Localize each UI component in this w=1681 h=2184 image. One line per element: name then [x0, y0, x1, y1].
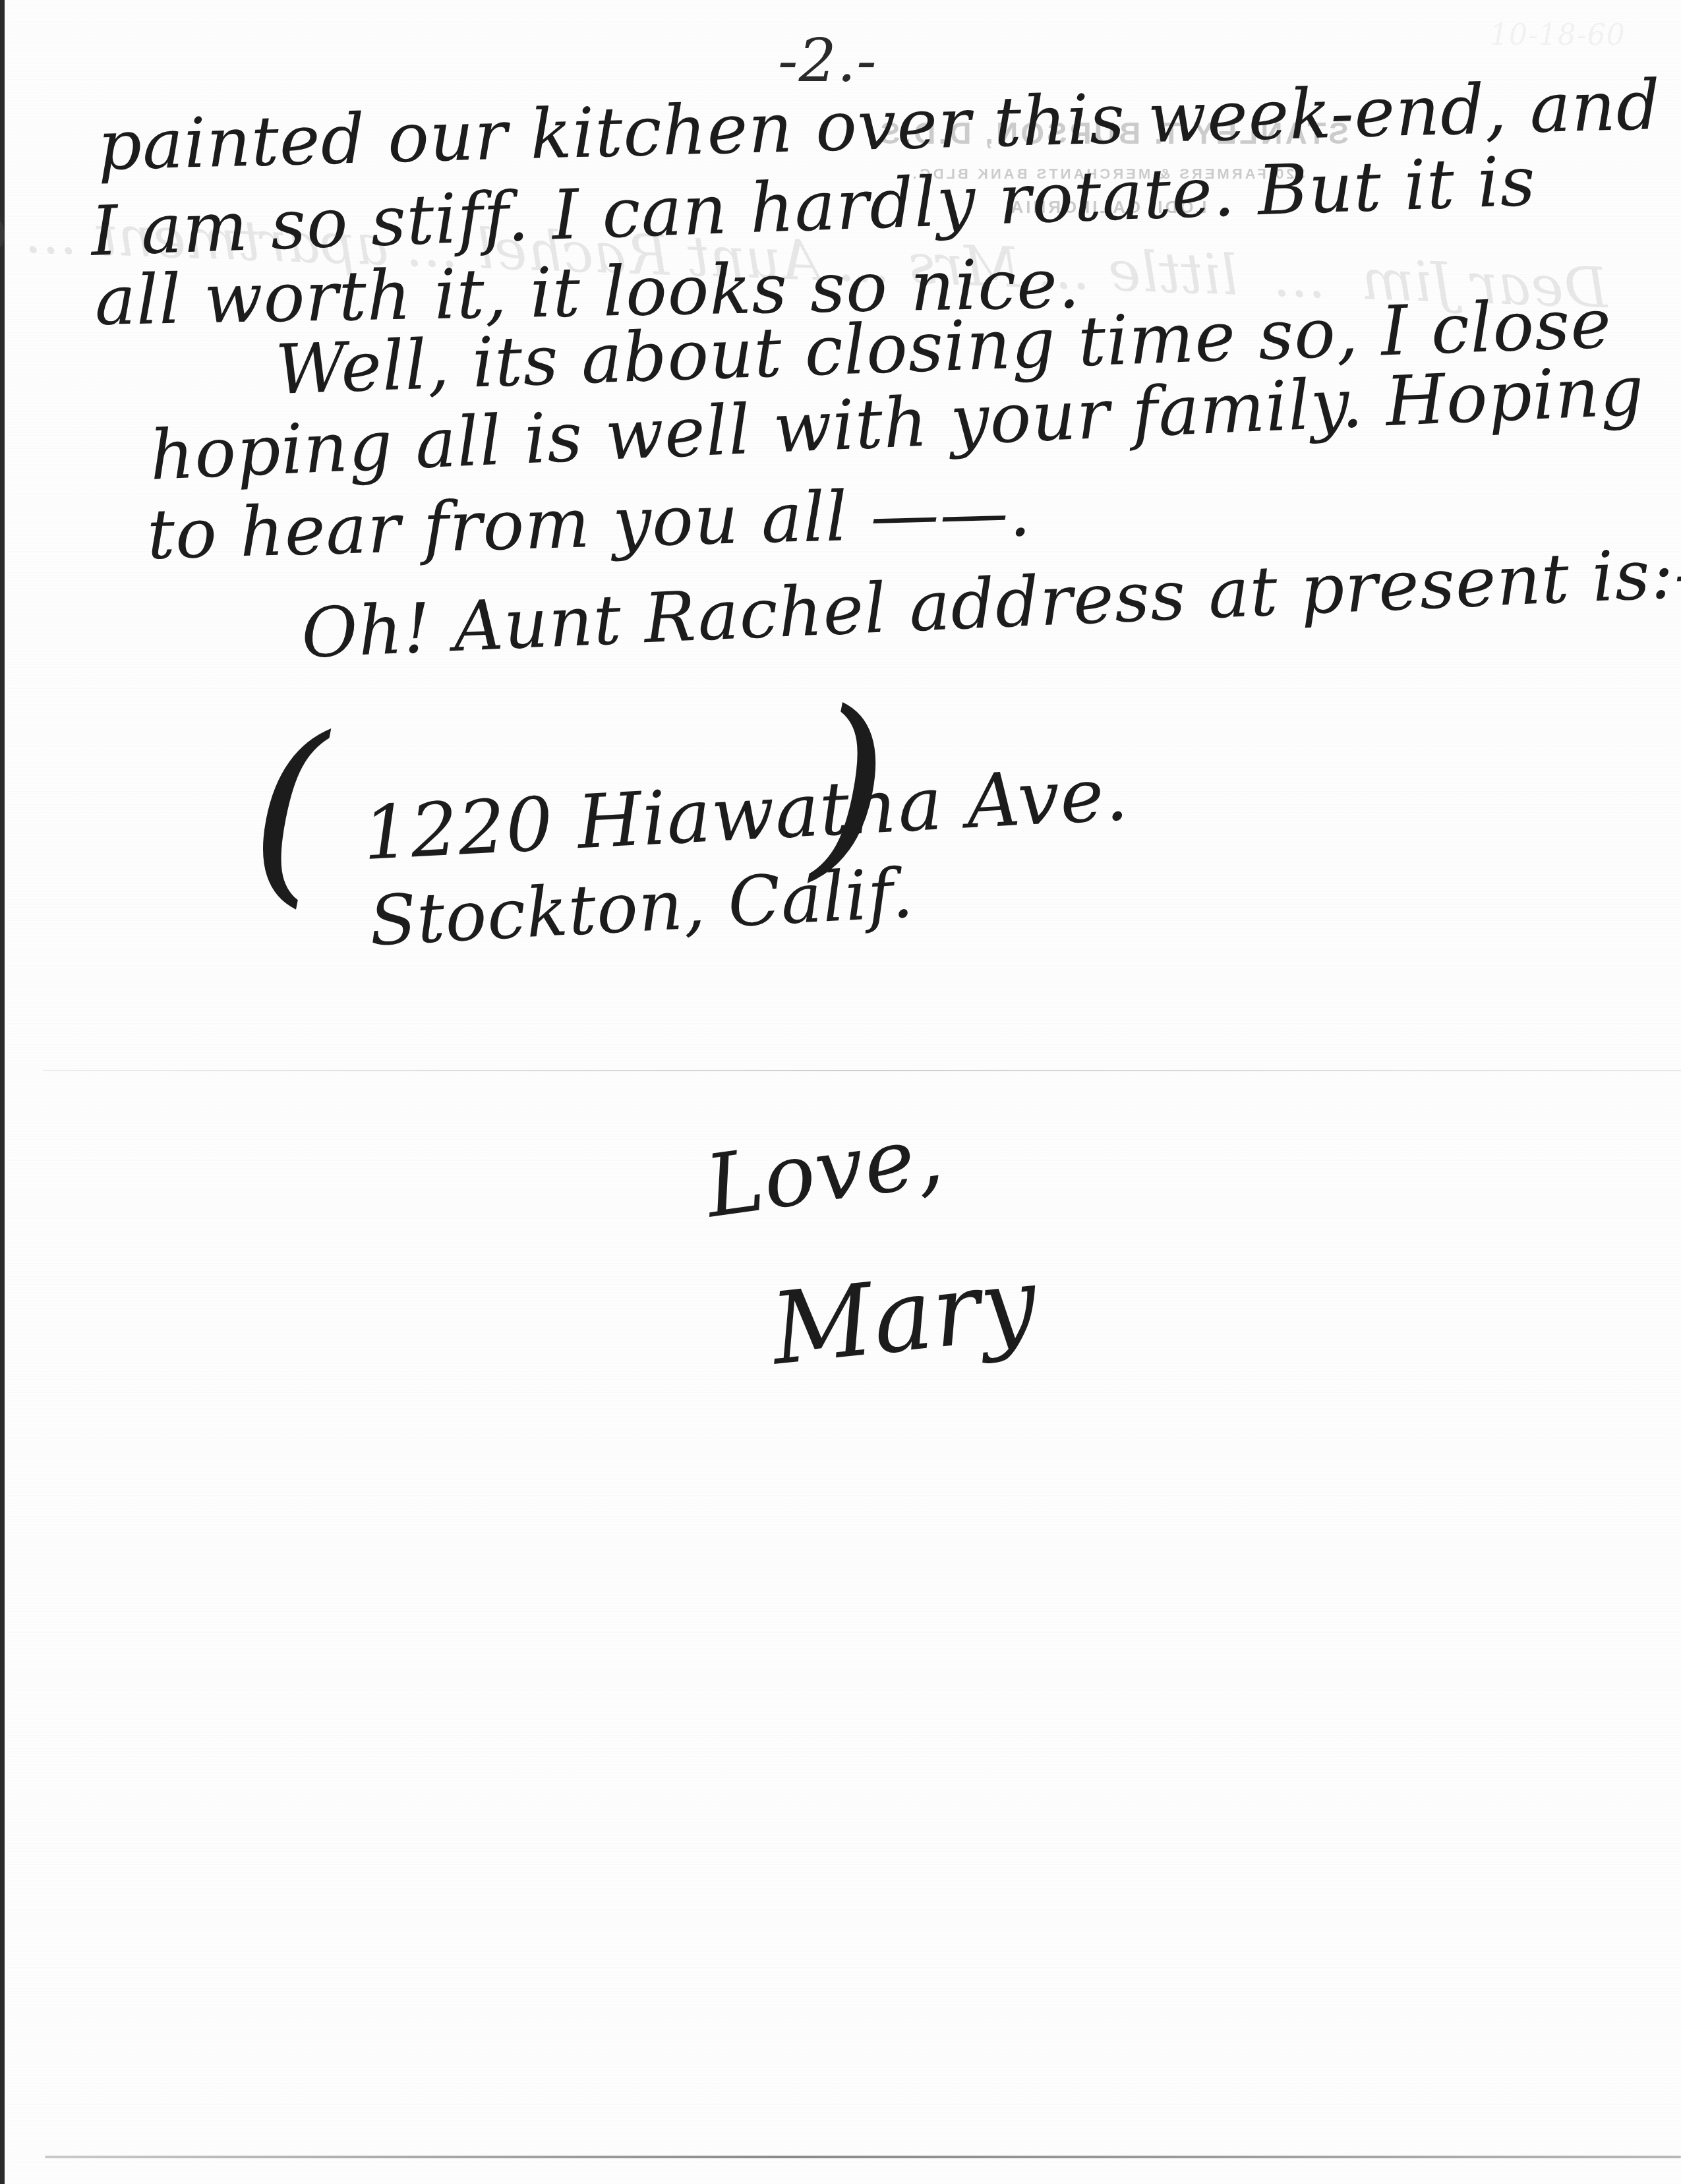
address-block: ( 1220 Hiawatha Ave. Stockton, Calif. ) — [264, 732, 870, 949]
open-parenthesis: ( — [251, 712, 328, 910]
signature: Mary — [766, 1245, 1042, 1387]
scan-left-edge — [0, 0, 5, 2184]
date-mark: 10-18-60 — [1490, 18, 1626, 52]
close-parenthesis: ) — [811, 686, 888, 883]
page-bottom-edge — [45, 2156, 1681, 2158]
address-street: 1220 Hiawatha Ave. — [361, 752, 1131, 877]
fold-line — [43, 1070, 1681, 1071]
letter-page: STANLEY T. BURSON, D.D.S. 320 FARMERS & … — [0, 0, 1681, 2184]
closing: Love, — [699, 1105, 949, 1237]
